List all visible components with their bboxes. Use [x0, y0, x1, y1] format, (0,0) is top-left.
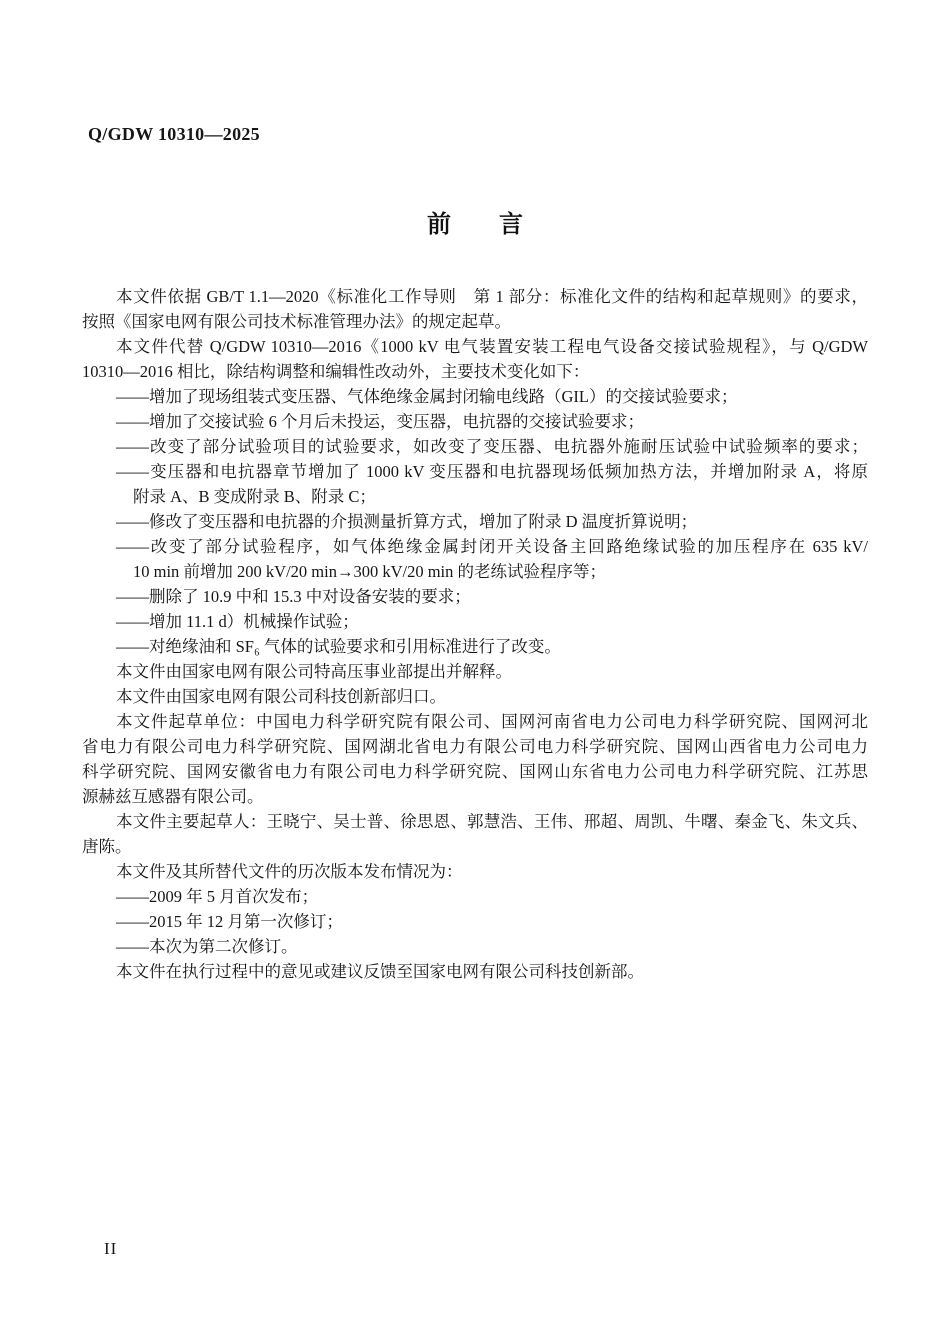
text-line: ——修改了变压器和电抗器的介损测量折算方式，增加了附录 D 温度折算说明； — [82, 509, 868, 534]
text-line: 本文件由国家电网有限公司特高压事业部提出并解释。 — [82, 659, 868, 684]
text-line: 本文件在执行过程中的意见或建议反馈至国家电网有限公司科技创新部。 — [82, 959, 868, 984]
text-line: ——增加了交接试验 6 个月后未投运，变压器，电抗器的交接试验要求； — [82, 409, 868, 434]
text-line: ——2015 年 12 月第一次修订； — [82, 909, 868, 934]
text-line: 省电力有限公司电力科学研究院、国网湖北省电力有限公司电力科学研究院、国网山西省电… — [82, 734, 868, 759]
text-line: ——改变了部分试验项目的试验要求，如改变了变压器、电抗器外施耐压试验中试验频率的… — [82, 434, 868, 459]
text-line: ——2009 年 5 月首次发布； — [82, 884, 868, 909]
text-line: 按照《国家电网有限公司技术标准管理办法》的规定起草。 — [82, 309, 868, 334]
text-line: ——增加 11.1 d）机械操作试验； — [82, 609, 868, 634]
text-line: ——增加了现场组装式变压器、气体绝缘金属封闭输电线路（GIL）的交接试验要求； — [82, 384, 868, 409]
text-line: 唐陈。 — [82, 834, 868, 859]
text-line: 10 min 前增加 200 kV/20 min→300 kV/20 min 的… — [82, 559, 868, 584]
text-line: 附录 A、B 变成附录 B、附录 C； — [82, 484, 868, 509]
text-line: ——删除了 10.9 中和 15.3 中对设备安装的要求； — [82, 584, 868, 609]
page-number: II — [104, 1239, 117, 1259]
document-page: Q/GDW 10310—2025 前 言 本文件依据 GB/T 1.1—2020… — [0, 0, 950, 1344]
text-line: 10310—2016 相比，除结构调整和编辑性改动外，主要技术变化如下： — [82, 359, 868, 384]
foreword-body: 本文件依据 GB/T 1.1—2020《标准化工作导则 第 1 部分：标准化文件… — [82, 284, 868, 984]
text-line: 本文件及其所替代文件的历次版本发布情况为： — [82, 859, 868, 884]
text-line: ——改变了部分试验程序，如气体绝缘金属封闭开关设备主回路绝缘试验的加压程序在 6… — [82, 534, 868, 559]
text-line: ——变压器和电抗器章节增加了 1000 kV 变压器和电抗器现场低频加热方法，并… — [82, 459, 868, 484]
standard-number-header: Q/GDW 10310—2025 — [88, 124, 260, 145]
text-line: 本文件起草单位：中国电力科学研究院有限公司、国网河南省电力公司电力科学研究院、国… — [82, 709, 868, 734]
text-line: 本文件主要起草人：王晓宁、吴士普、徐思恩、郭慧浩、王伟、邢超、周凯、牛曙、秦金飞… — [82, 809, 868, 834]
page-title: 前 言 — [0, 204, 950, 239]
text-line: 本文件由国家电网有限公司科技创新部归口。 — [82, 684, 868, 709]
text-line: 源赫兹互感器有限公司。 — [82, 784, 868, 809]
text-line: 本文件代替 Q/GDW 10310—2016《1000 kV 电气装置安装工程电… — [82, 334, 868, 359]
text-line: 科学研究院、国网安徽省电力有限公司电力科学研究院、国网山东省电力公司电力科学研究… — [82, 759, 868, 784]
text-line: 本文件依据 GB/T 1.1—2020《标准化工作导则 第 1 部分：标准化文件… — [82, 284, 868, 309]
text-line: ——对绝缘油和 SF₆ 气体的试验要求和引用标准进行了改变。 — [82, 634, 868, 659]
text-line: ——本次为第二次修订。 — [82, 934, 868, 959]
